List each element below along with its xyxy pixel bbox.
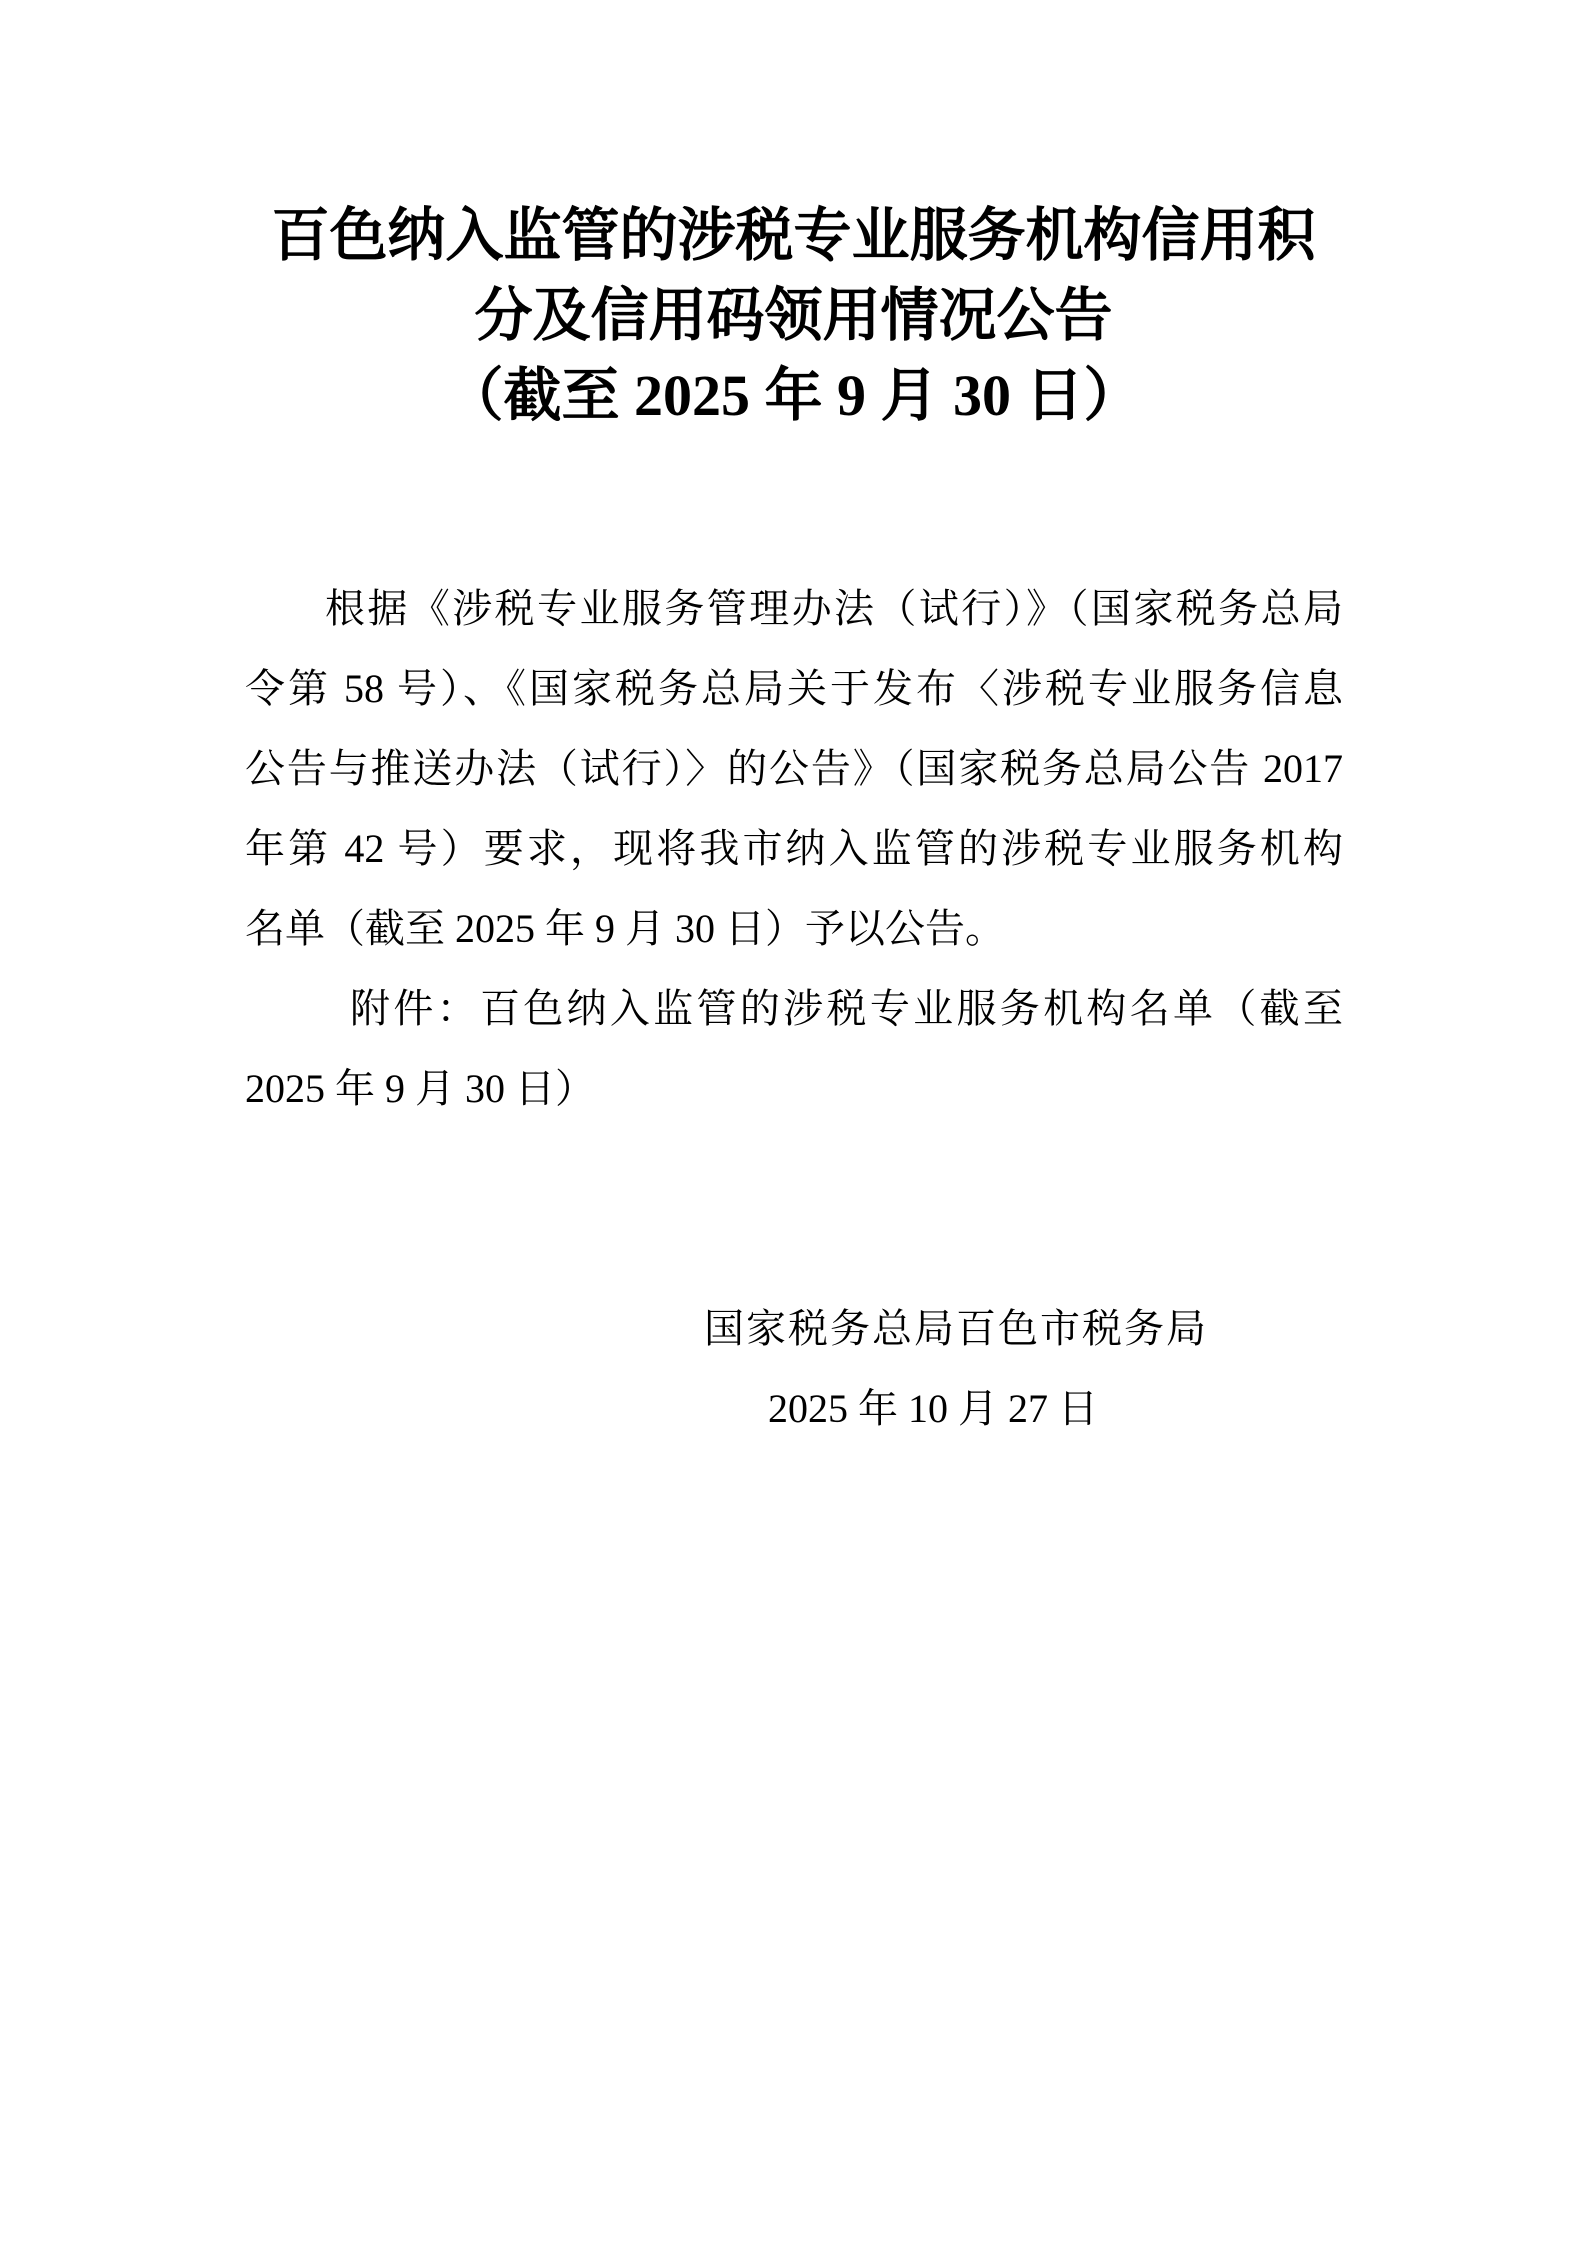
attachment-line-1: 附件：百色纳入监管的涉税专业服务机构名单（截至 bbox=[245, 969, 1343, 1049]
signature-date: 2025 年 10 月 27 日 bbox=[245, 1369, 1343, 1449]
title-line-2: 分及信用码领用情况公告 bbox=[245, 276, 1342, 356]
paragraph-basis-line-5: 名单（截至 2025 年 9 月 30 日）予以公告。 bbox=[245, 889, 1343, 969]
paragraph-attachment: 附件：百色纳入监管的涉税专业服务机构名单（截至 2025 年 9 月 30 日） bbox=[245, 969, 1343, 1129]
paragraph-basis-line-4: 年第 42 号）要求，现将我市纳入监管的涉税专业服务机构 bbox=[245, 809, 1343, 889]
title-line-3: （截至 2025 年 9 月 30 日） bbox=[245, 356, 1342, 436]
attachment-line-2: 2025 年 9 月 30 日） bbox=[245, 1049, 1343, 1129]
paragraph-basis: 根据《涉税专业服务管理办法（试行）》（国家税务总局 令第 58 号）、《国家税务… bbox=[245, 569, 1343, 969]
document-body: 根据《涉税专业服务管理办法（试行）》（国家税务总局 令第 58 号）、《国家税务… bbox=[245, 569, 1343, 1449]
title-line-1: 百色纳入监管的涉税专业服务机构信用积 bbox=[245, 196, 1342, 276]
signature-issuer: 国家税务总局百色市税务局 bbox=[245, 1289, 1343, 1369]
paragraph-basis-line-3: 公告与推送办法（试行）〉的公告》（国家税务总局公告 2017 bbox=[245, 729, 1343, 809]
paragraph-basis-line-2: 令第 58 号）、《国家税务总局关于发布〈涉税专业服务信息 bbox=[245, 649, 1343, 729]
paragraph-basis-line-1: 根据《涉税专业服务管理办法（试行）》（国家税务总局 bbox=[245, 569, 1343, 649]
signature-block: 国家税务总局百色市税务局 2025 年 10 月 27 日 bbox=[245, 1289, 1343, 1449]
document-title: 百色纳入监管的涉税专业服务机构信用积 分及信用码领用情况公告 （截至 2025 … bbox=[245, 196, 1342, 436]
document-page: 百色纳入监管的涉税专业服务机构信用积 分及信用码领用情况公告 （截至 2025 … bbox=[0, 0, 1587, 2245]
